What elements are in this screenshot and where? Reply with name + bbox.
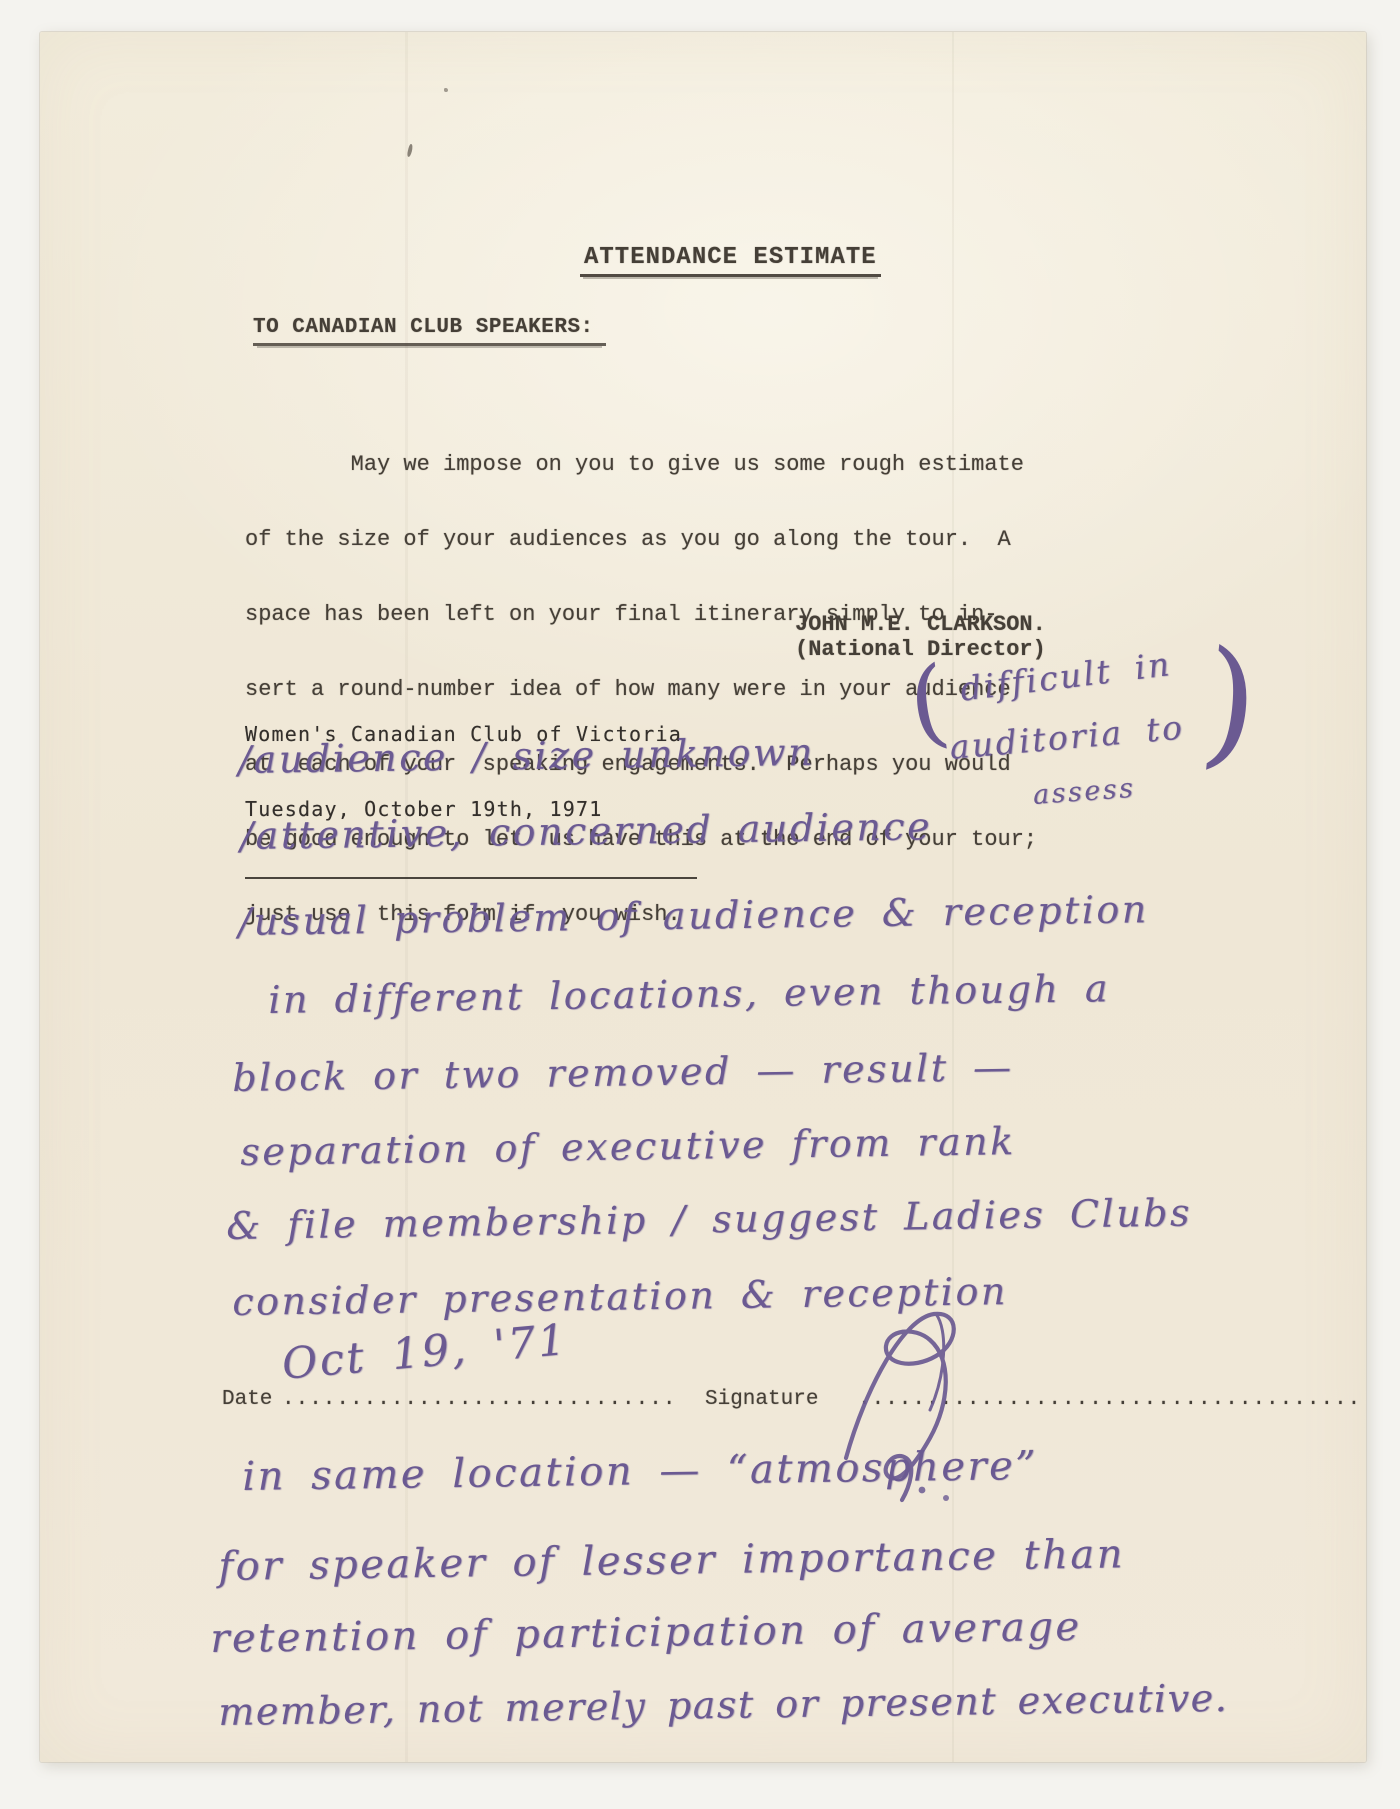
signatory-name: JOHN M.E. CLARKSON. [795,612,1046,637]
signature-label: Signature [705,1388,818,1411]
handwritten-note-assess: assess [1032,773,1136,811]
handwritten-note-membership: & file membership / suggest Ladies Clubs [226,1191,1192,1248]
handwritten-note-member: member, not merely past or present execu… [218,1676,1228,1734]
date-dotted-line: ............................. [282,1388,676,1411]
body-line: May we impose on you to give us some rou… [245,452,1037,477]
scan-background: ATTENDANCE ESTIMATE TO CANADIAN CLUB SPE… [0,0,1400,1809]
document-title: ATTENDANCE ESTIMATE [580,244,881,277]
handwritten-note-separation: separation of executive from rank [240,1119,1016,1174]
handwritten-paren-close: ) [1195,620,1268,786]
document-page: ATTENDANCE ESTIMATE TO CANADIAN CLUB SPE… [40,32,1366,1762]
handwritten-date-value: Oct 19, '71 [280,1315,570,1390]
handwritten-note-block-removed: block or two removed — result — [232,1045,1014,1100]
handwritten-note-audience-size: /audience / size unknown [238,730,815,782]
handwritten-note-speaker-importance: for speaker of lesser importance than [218,1531,1125,1590]
ink-speck [444,88,448,92]
salutation-line: TO CANADIAN CLUB SPEAKERS: [253,316,606,346]
date-label: Date [222,1388,272,1411]
body-line: of the size of your audiences as you go … [245,527,1037,552]
